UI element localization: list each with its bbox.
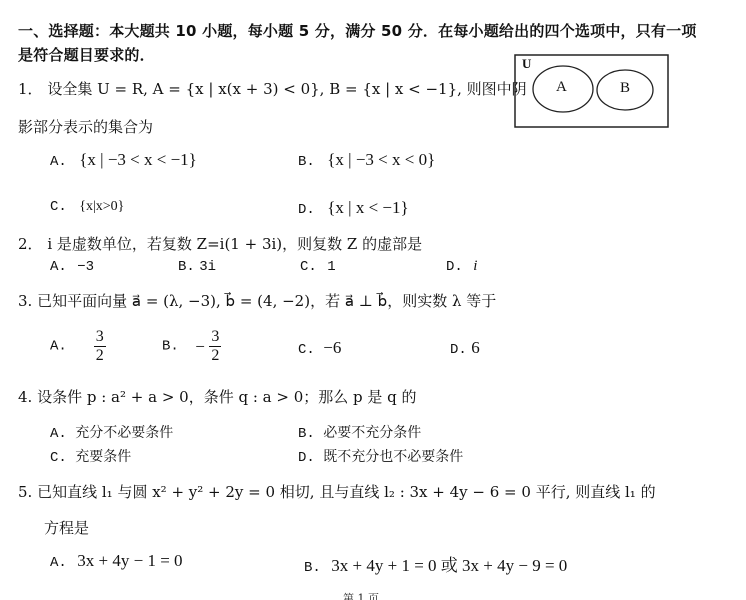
question-number: 5. <box>18 483 32 501</box>
venn-set-b-label: B <box>620 80 630 97</box>
question-1: 1． 设全集 U = R, A = {x | x(x + 3) < 0}, B … <box>18 78 527 99</box>
option-2d[interactable]: D. i <box>446 258 477 275</box>
question-number: 1． <box>18 80 43 98</box>
fraction: 3 2 <box>94 328 106 365</box>
question-2: 2． i 是虚数单位，若复数 Z=i(1 + 3i)，则复数 Z 的虚部是 <box>18 233 422 254</box>
question-4: 4. 设条件 p : a² + a > 0，条件 q : a > 0；那么 p … <box>18 386 417 407</box>
option-4a[interactable]: A. 充分不必要条件 <box>50 422 173 442</box>
section-heading-line1: 一、选择题：本大题共 10 小题，每小题 5 分，满分 50 分．在每小题给出的… <box>18 20 697 41</box>
page-number: 第 1 页 <box>343 590 379 600</box>
option-2c[interactable]: C. 1 <box>300 258 336 275</box>
option-3c[interactable]: C. −6 <box>298 338 341 358</box>
question-number: 3. <box>18 292 32 310</box>
question-3: 3. 已知平面向量 a⃗ = (λ, −3), b⃗ = (4, −2)，若 a… <box>18 290 496 311</box>
option-2a[interactable]: A. −3 <box>50 258 94 275</box>
option-4c[interactable]: C. 充要条件 <box>50 446 131 466</box>
option-5a[interactable]: A. 3x + 4y − 1 = 0 <box>50 551 183 571</box>
option-4d[interactable]: D. 既不充分也不必要条件 <box>298 446 463 466</box>
venn-set-a-label: A <box>556 79 567 96</box>
option-1c[interactable]: C. {x|x>0} <box>50 198 124 215</box>
question-5: 5. 已知直线 l₁ 与圆 x² + y² + 2y = 0 相切, 且与直线 … <box>18 481 656 502</box>
question-stem: 已知平面向量 a⃗ = (λ, −3), b⃗ = (4, −2)，若 a⃗ ⊥… <box>37 292 496 310</box>
question-number: 4. <box>18 388 32 406</box>
question-stem: 已知直线 l₁ 与圆 x² + y² + 2y = 0 相切, 且与直线 l₂ … <box>37 483 656 501</box>
venn-universe-label: U <box>522 56 531 72</box>
option-1d[interactable]: D. {x | x < −1} <box>298 198 409 218</box>
option-3d[interactable]: D. 6 <box>450 338 480 358</box>
question-number: 2． <box>18 235 43 253</box>
section-heading-line2: 是符合题目要求的． <box>18 44 155 65</box>
question-5-stem-line2: 方程是 <box>44 517 89 538</box>
option-1a[interactable]: A. {x | −3 < x < −1} <box>50 150 197 170</box>
question-stem: 设全集 U = R, A = {x | x(x + 3) < 0}, B = {… <box>47 80 526 98</box>
option-1b[interactable]: B. {x | −3 < x < 0} <box>298 150 435 170</box>
option-3a[interactable]: A. 3 2 <box>50 328 106 365</box>
venn-diagram <box>512 50 672 130</box>
question-1-stem-line2: 影部分表示的集合为 <box>18 116 153 137</box>
option-3b[interactable]: B. − 3 2 <box>162 328 221 365</box>
question-stem: 设条件 p : a² + a > 0，条件 q : a > 0；那么 p 是 q… <box>37 388 416 406</box>
option-4b[interactable]: B. 必要不充分条件 <box>298 422 421 442</box>
question-stem: i 是虚数单位，若复数 Z=i(1 + 3i)，则复数 Z 的虚部是 <box>47 235 422 253</box>
fraction: 3 2 <box>209 328 221 365</box>
option-2b[interactable]: B. 3i <box>178 258 216 275</box>
option-5b[interactable]: B. 3x + 4y + 1 = 0 或 3x + 4y − 9 = 0 <box>304 551 567 576</box>
